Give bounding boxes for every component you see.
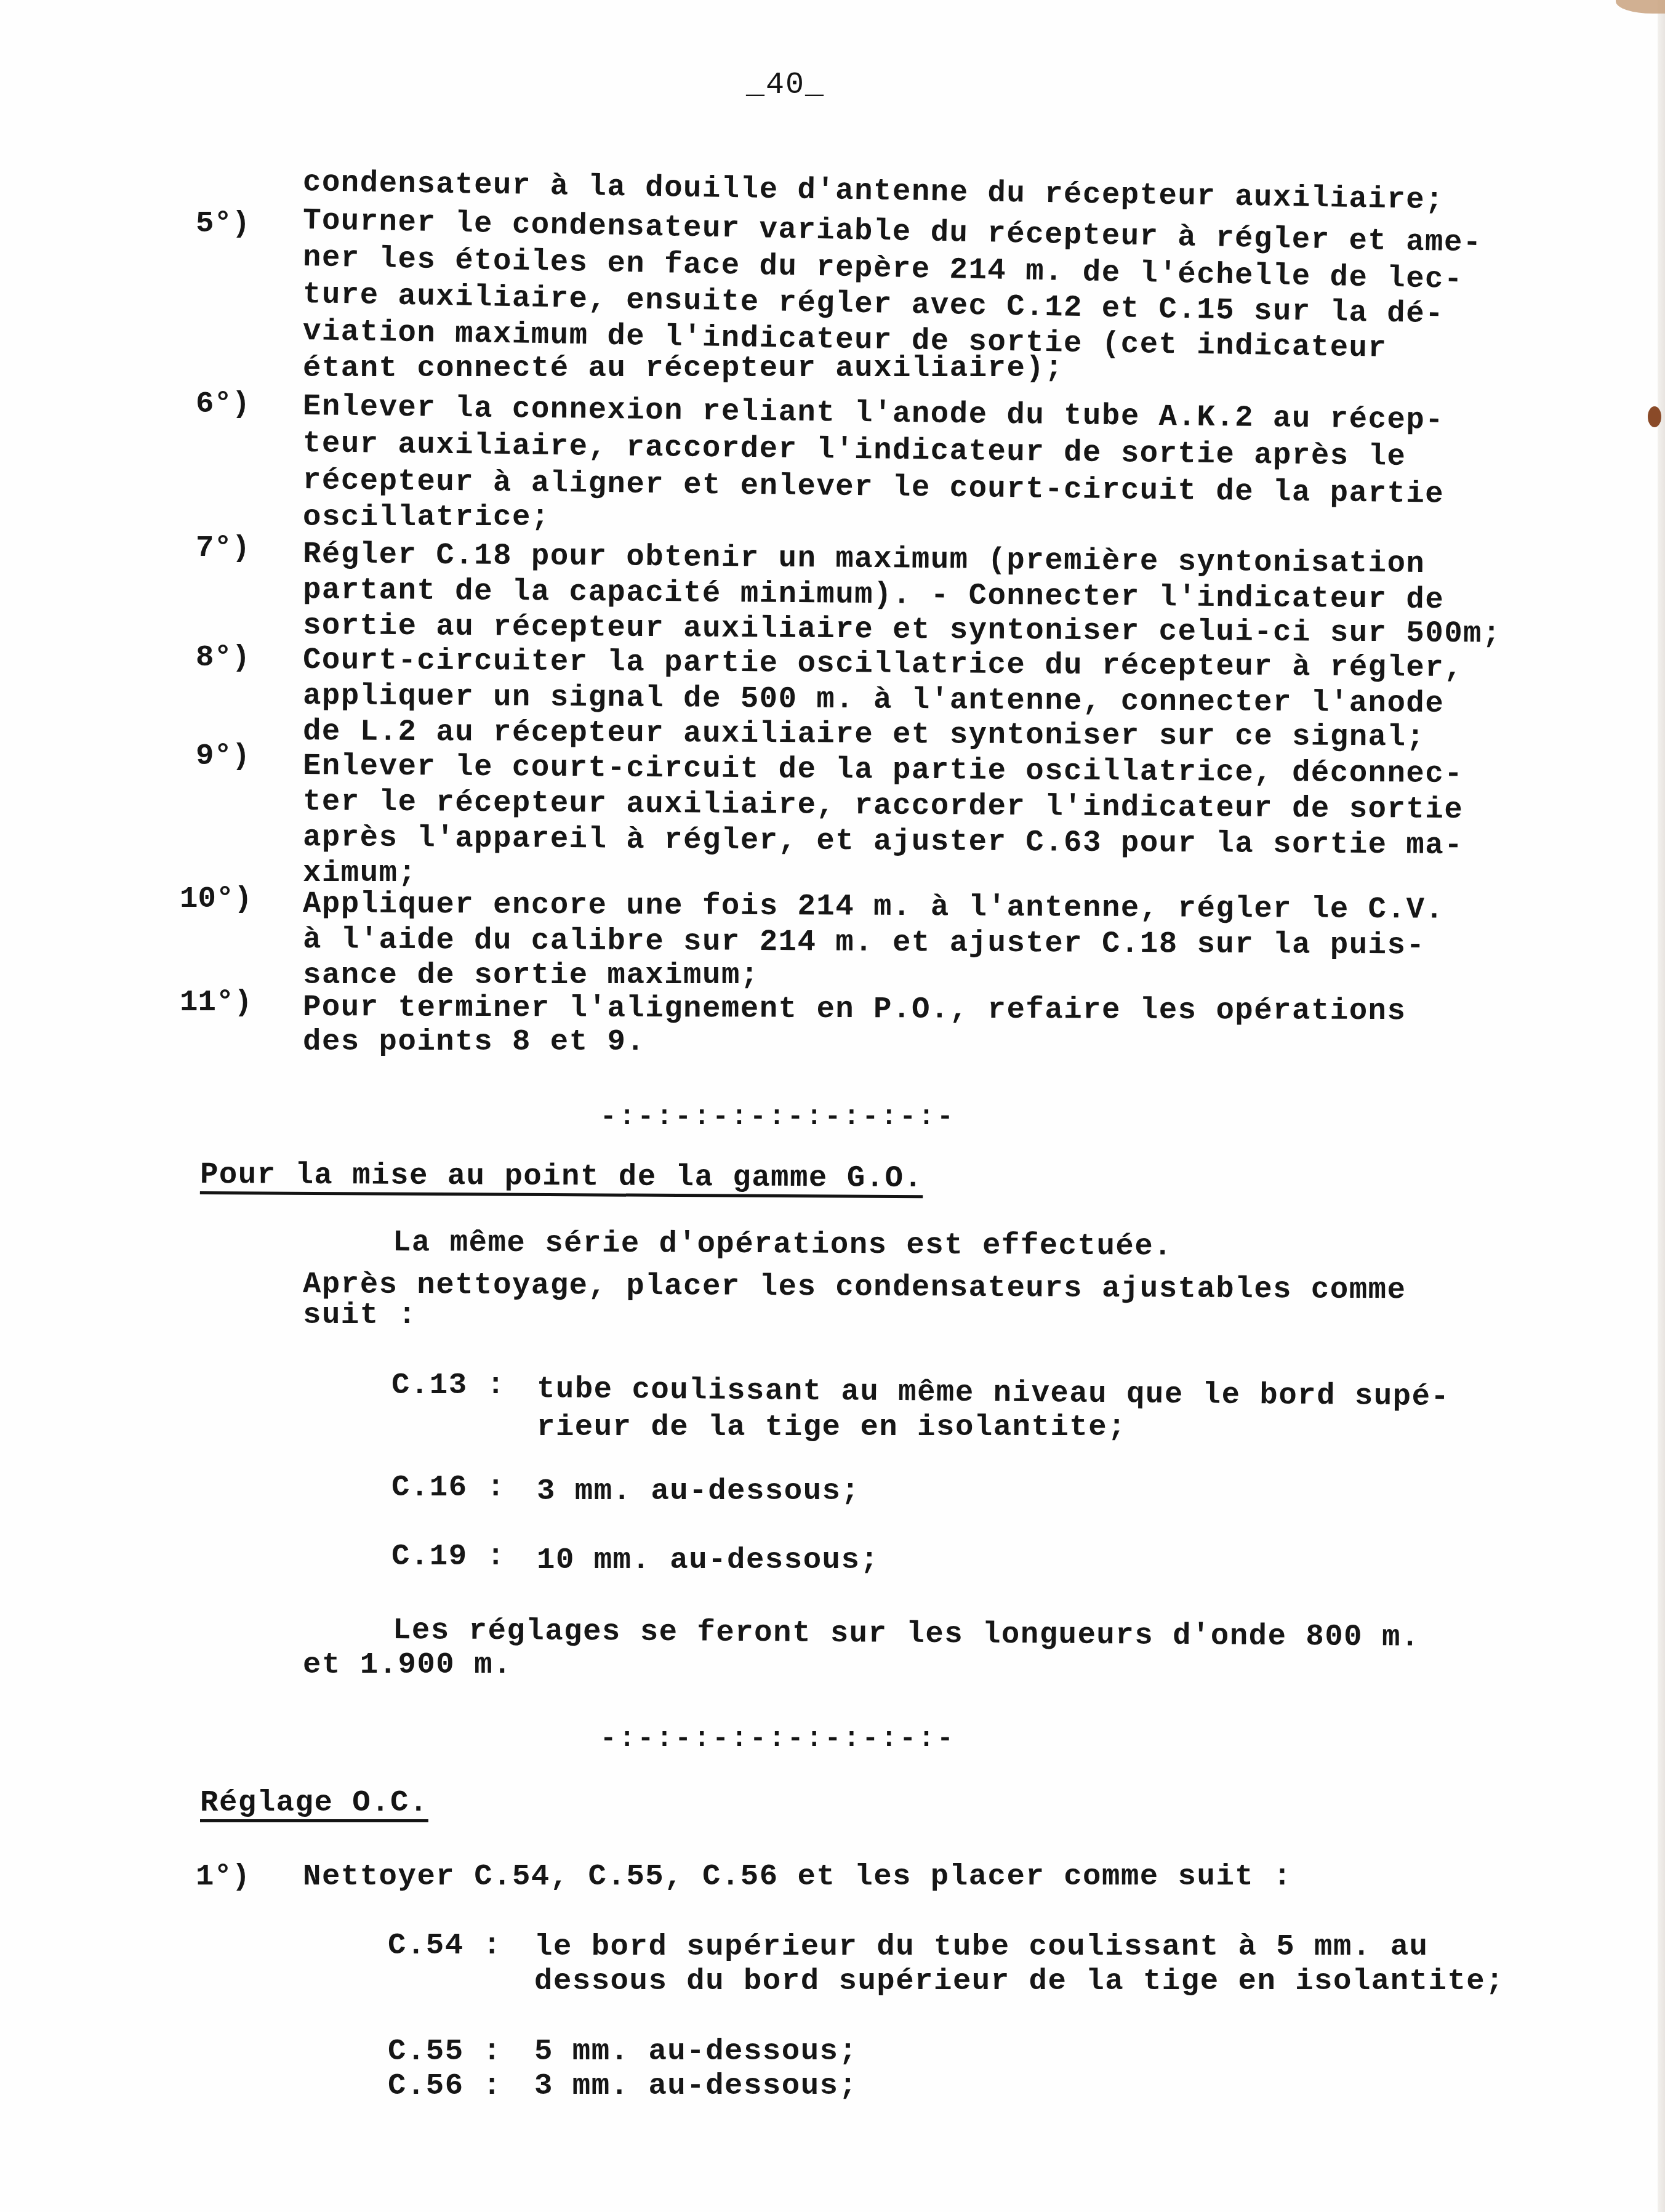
separator: -:-:-:-:-:-:-:-:-:-	[600, 1724, 956, 1755]
step-line: ter le récepteur auxiliaire, raccorder l…	[303, 784, 1464, 827]
paragraph-line: et 1.900 m.	[303, 1647, 512, 1682]
step-number: 8°)	[196, 640, 250, 675]
step-line: ximum;	[303, 856, 417, 890]
setting-label: C.19 :	[391, 1539, 505, 1574]
setting-line: dessous du bord supérieur de la tige en …	[534, 1964, 1504, 1998]
step-number: 1°)	[196, 1859, 250, 1894]
setting-label: C.13 :	[391, 1368, 505, 1402]
step-line: de L.2 au récepteur auxiliaire et synton…	[303, 714, 1426, 755]
step-line: oscillatrice;	[303, 500, 550, 534]
step-number: 10°)	[180, 882, 252, 916]
step-line: après l'appareil à régler, et ajuster C.…	[303, 820, 1464, 863]
corner-stain	[1616, 0, 1665, 14]
page-edge	[1658, 0, 1665, 2212]
setting-label: C.56 :	[388, 2069, 502, 2103]
step-line: Appliquer encore une fois 214 m. à l'ant…	[303, 887, 1445, 927]
paragraph-line: La même série d'opérations est effectuée…	[393, 1225, 1173, 1264]
setting-line: 3 mm. au-dessous;	[537, 1474, 860, 1508]
paragraph-line: Après nettoyage, placer les condensateur…	[303, 1267, 1406, 1307]
setting-label: C.16 :	[391, 1470, 505, 1505]
step-line: étant connecté au récepteur auxiliaire);	[303, 351, 1064, 385]
step-number: 7°)	[196, 531, 250, 565]
typewritten-page: _40_ condensateur à la douille d'antenne…	[0, 0, 1665, 2212]
setting-line: rieur de la tige en isolantite;	[537, 1410, 1126, 1444]
step-line: Nettoyer C.54, C.55, C.56 et les placer …	[303, 1859, 1292, 1894]
setting-line: tube coulissant au même niveau que le bo…	[537, 1372, 1450, 1414]
setting-label: C.54 :	[388, 1928, 502, 1963]
step-number: 6°)	[196, 387, 250, 421]
setting-line: 5 mm. au-dessous;	[534, 2034, 857, 2069]
page-number: _40_	[746, 68, 825, 103]
section-heading-go: Pour la mise au point de la gamme G.O.	[200, 1157, 923, 1196]
setting-line: 10 mm. au-dessous;	[537, 1543, 879, 1577]
step-line: sance de sortie maximum;	[303, 958, 760, 992]
step-number: 11°)	[180, 985, 252, 1020]
separator: -:-:-:-:-:-:-:-:-:-	[600, 1102, 956, 1133]
staple-rust-mark	[1648, 406, 1661, 427]
step-line: des points 8 et 9.	[303, 1024, 645, 1059]
setting-line: 3 mm. au-dessous;	[534, 2069, 857, 2103]
step-line: à l'aide du calibre sur 214 m. et ajuste…	[303, 922, 1426, 963]
step-number: 5°)	[196, 206, 250, 241]
step-line: Enlever le court-circuit de la partie os…	[303, 749, 1464, 791]
step-number: 9°)	[196, 739, 250, 773]
setting-label: C.55 :	[388, 2034, 502, 2069]
paragraph-line: Les réglages se feront sur les longueurs…	[393, 1613, 1420, 1655]
step-line: Pour terminer l'alignement en P.O., refa…	[303, 990, 1406, 1028]
paragraph-line: suit :	[303, 1298, 417, 1332]
setting-line: le bord supérieur du tube coulissant à 5…	[534, 1929, 1429, 1964]
step-line: Court-circuiter la partie oscillatrice d…	[303, 643, 1464, 685]
section-heading-oc: Réglage O.C.	[200, 1785, 428, 1820]
